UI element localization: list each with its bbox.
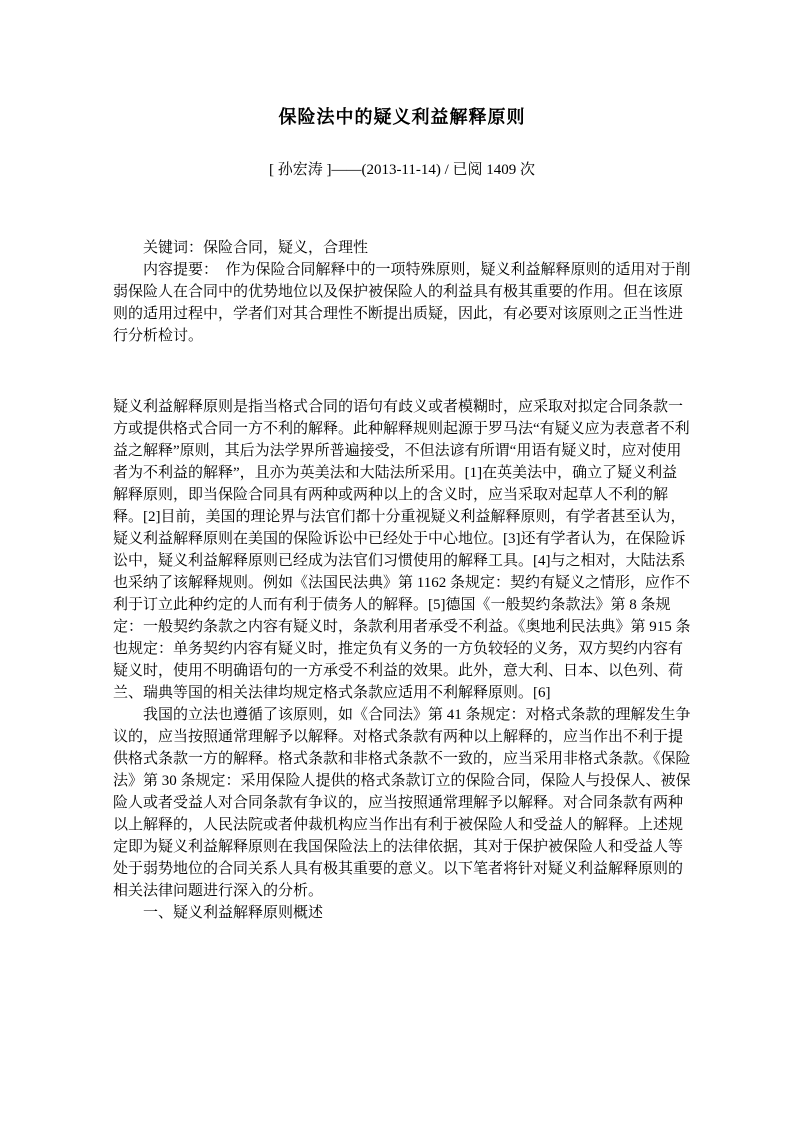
front-matter: 关键词：保险合同，疑义，合理性 内容提要： 作为保险合同解释中的一项特殊原则，疑… <box>113 237 691 347</box>
article-byline: [ 孙宏涛 ]——(2013-11-14) / 已阅 1409 次 <box>113 160 691 181</box>
body-paragraph-1: 疑义利益解释原则是指当格式合同的语句有歧义或者模糊时，应采取对拟定合同条款一方或… <box>113 396 691 704</box>
abstract-paragraph: 内容提要： 作为保险合同解释中的一项特殊原则，疑义利益解释原则的适用对于削弱保险… <box>113 259 691 347</box>
article-title: 保险法中的疑义利益解释原则 <box>113 107 691 128</box>
section-heading: 一、疑义利益解释原则概述 <box>113 902 691 924</box>
body-paragraph-2: 我国的立法也遵循了该原则，如《合同法》第 41 条规定：对格式条款的理解发生争议… <box>113 704 691 902</box>
article-body: 疑义利益解释原则是指当格式合同的语句有歧义或者模糊时，应采取对拟定合同条款一方或… <box>113 396 691 924</box>
keywords-line: 关键词：保险合同，疑义，合理性 <box>113 237 691 259</box>
document-page: 保险法中的疑义利益解释原则 [ 孙宏涛 ]——(2013-11-14) / 已阅… <box>0 0 794 1123</box>
